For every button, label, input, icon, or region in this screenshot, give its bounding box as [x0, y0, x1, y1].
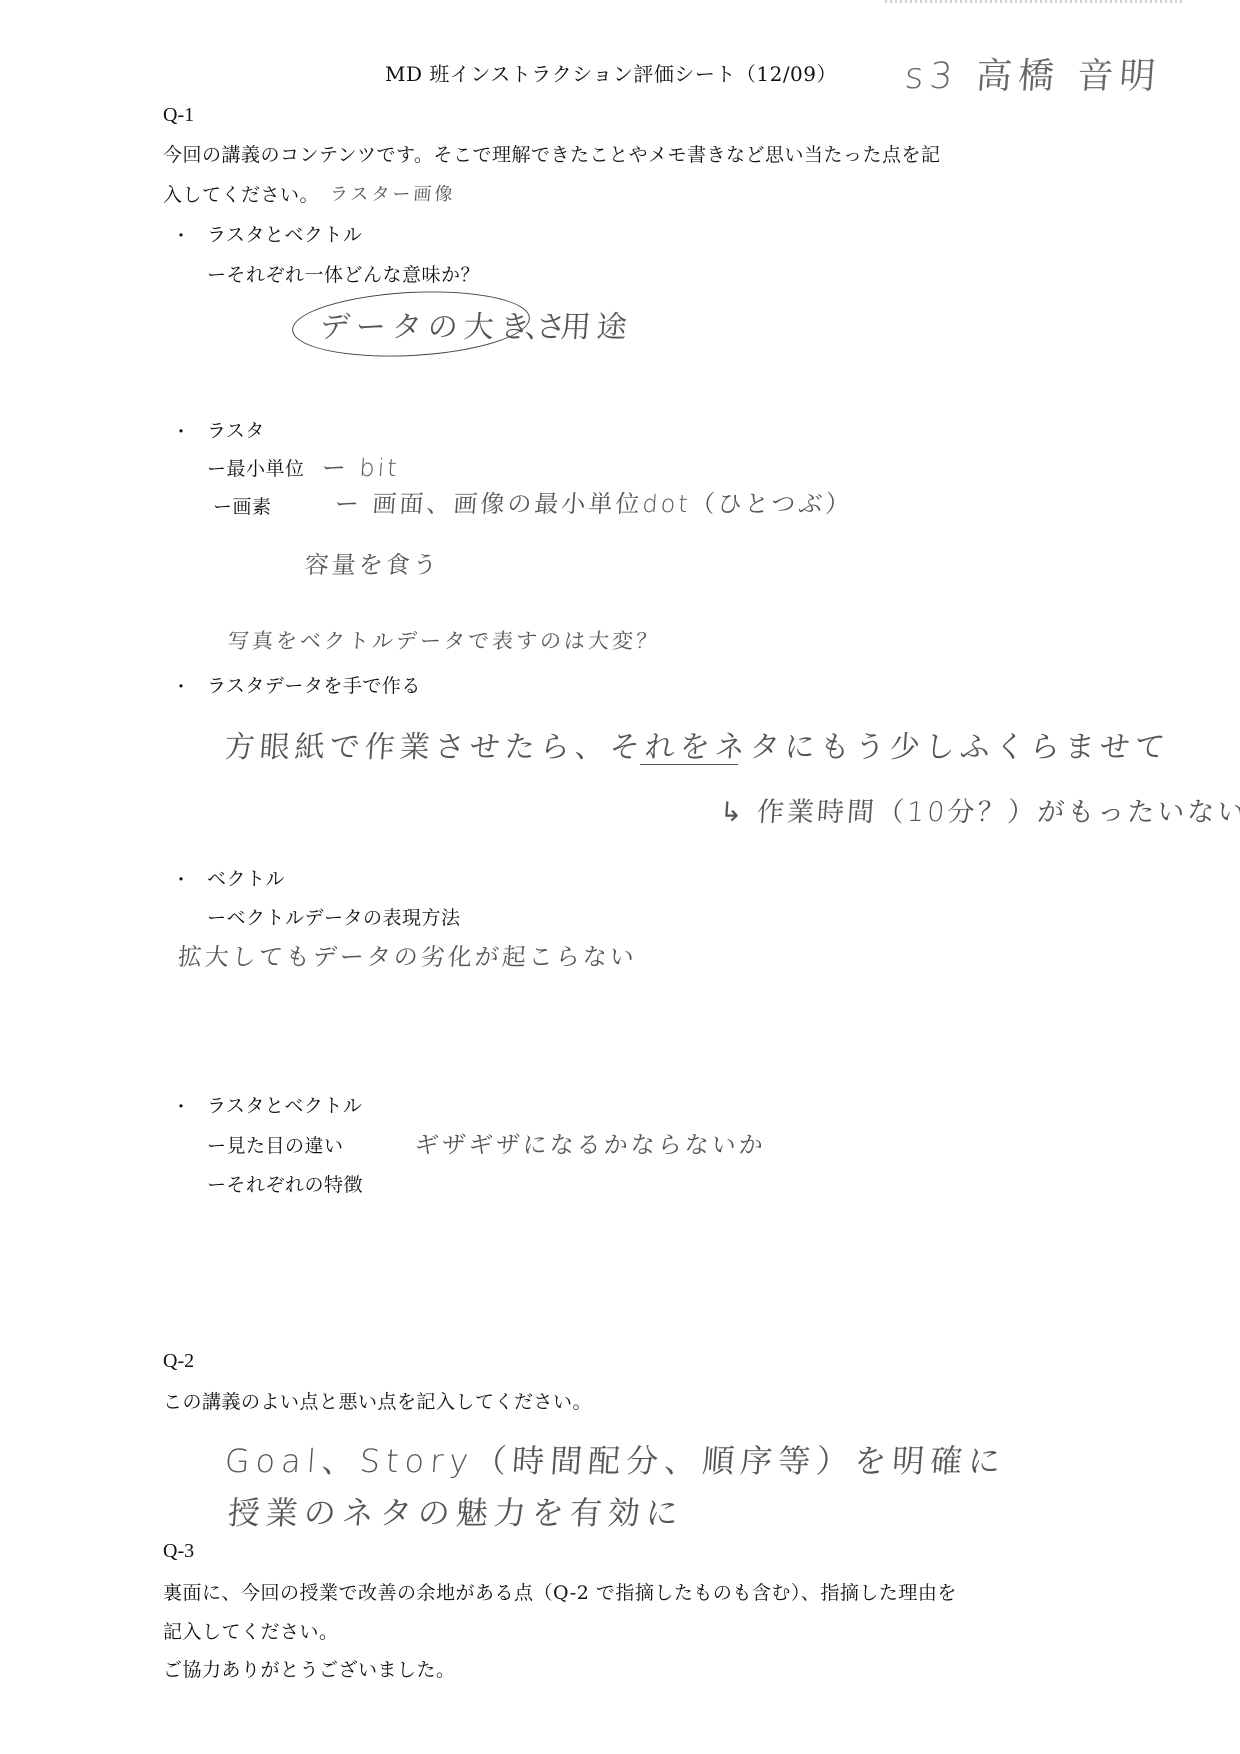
handwritten-note-capacity: 容量を食う — [304, 545, 441, 580]
handwritten-note-pixel-definition: ー 画面、画像の最小単位dot（ひとつぶ） — [334, 484, 854, 519]
section-title-raster: ラスタ — [207, 416, 265, 443]
section-bullet: ・ — [172, 418, 191, 444]
q2-prompt: この講義のよい点と悪い点を記入してください。 — [163, 1387, 592, 1414]
section-title-raster-vector: ラスタとベクトル — [207, 220, 362, 247]
handwritten-student-name: s3 高橋 音明 — [903, 48, 1163, 99]
q3-prompt-line1: 裏面に、今回の授業で改善の余地がある点（Q-2 で指摘したものも含む）、指摘した… — [163, 1578, 957, 1605]
section-title-raster-vector-2: ラスタとベクトル — [207, 1091, 362, 1118]
q1-prompt-line1: 今回の講義のコンテンツです。そこで理解できたことやメモ書きなど思い当たった点を記 — [163, 140, 941, 167]
section-title-vector: ベクトル — [207, 864, 285, 891]
handwritten-note-lesson-appeal: 授業のネタの魅力を有効に — [226, 1488, 685, 1534]
document-title: MD 班インストラクション評価シート（12/09） — [385, 58, 837, 87]
handwritten-note-work-time: ↳ 作業時間（10分？）がもったいない — [719, 790, 1240, 829]
handwritten-note-bit: ー bit — [321, 448, 401, 483]
handwritten-note-graph-paper: 方眼紙で作業させたら、それをネタにもう少しふくらませて — [223, 722, 1171, 766]
handwritten-note-usage: 、用途 — [523, 302, 634, 346]
closing-thanks: ご協力ありがとうございました。 — [163, 1655, 456, 1682]
section-item-min-unit: ー最小単位 — [207, 454, 305, 481]
scan-artifact — [885, 0, 1185, 3]
handwritten-underline — [640, 764, 738, 765]
handwritten-note-raster-image: ラスター画像 — [329, 180, 456, 206]
q3-label: Q-3 — [163, 1540, 194, 1563]
q1-label: Q-1 — [163, 104, 194, 127]
q3-prompt-line2: 記入してください。 — [163, 1617, 339, 1644]
section-item-visual-difference: ー見た目の違い — [207, 1131, 344, 1158]
q1-prompt-line2: 入してください。 — [163, 180, 319, 207]
section-item-vector-representation: ーベクトルデータの表現方法 — [207, 903, 461, 930]
section-bullet: ・ — [172, 222, 191, 248]
section-bullet: ・ — [172, 866, 191, 892]
handwritten-note-no-degradation: 拡大してもデータの劣化が起こらない — [177, 937, 638, 972]
handwritten-note-goal-story: Goal、Story（時間配分、順序等）を明確に — [223, 1436, 1008, 1482]
handwritten-note-jaggies: ギザギザになるかならないか — [414, 1125, 767, 1160]
section-item-meaning: ーそれぞれ一体どんな意味か？ — [207, 260, 480, 287]
section-item-characteristics: ーそれぞれの特徴 — [207, 1170, 363, 1197]
section-title-make-raster-by-hand: ラスタデータを手で作る — [207, 671, 421, 698]
section-bullet: ・ — [172, 673, 191, 699]
q2-label: Q-2 — [163, 1350, 194, 1373]
handwritten-note-photo-vector: 写真をベクトルデータで表すのは大変？ — [227, 625, 661, 655]
section-bullet: ・ — [172, 1093, 191, 1119]
section-item-pixel: ー画素 — [213, 492, 272, 519]
